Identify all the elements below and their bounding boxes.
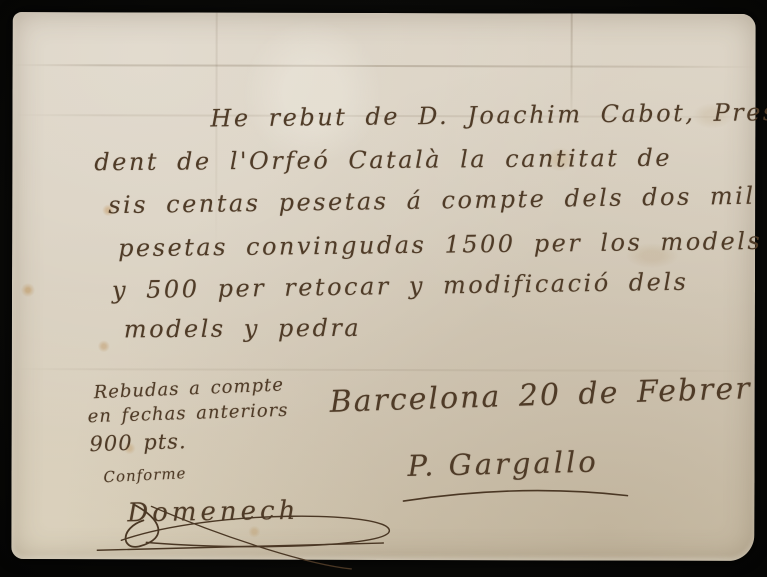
scan-background: He rebut de D. Joachim Cabot, Presi- den… [0, 0, 767, 577]
dateline: Barcelona 20 de Febrer 1909 [329, 368, 767, 420]
signature-underline [399, 487, 639, 510]
receipt-body-line: sis centas pesetas á compte dels dos mil [108, 182, 756, 220]
note-line: 900 pts. [89, 429, 187, 456]
receipt-body-line: models y pedra [124, 314, 361, 343]
receipt-body-line: pesetas convingudas 1500 per los models [118, 227, 762, 262]
receipt-body-line: He rebut de D. Joachim Cabot, Presi- [210, 98, 767, 133]
fold-crease-horizontal [12, 368, 755, 372]
receipt-body-line: dent de l'Orfeó Català la cantitat de [94, 144, 672, 177]
receipt-body-line: y 500 per retocar y modificació dels [112, 268, 689, 305]
receipt-paper: He rebut de D. Joachim Cabot, Presi- den… [11, 12, 755, 561]
note-line: en fechas anteriors [87, 400, 288, 427]
countersignature: Domenech [127, 496, 299, 529]
fold-crease-horizontal [13, 64, 756, 68]
author-signature: P. Gargallo [407, 445, 599, 483]
conforme-label: Conforme [103, 464, 187, 486]
note-line: Rebudas a compte [93, 374, 284, 403]
